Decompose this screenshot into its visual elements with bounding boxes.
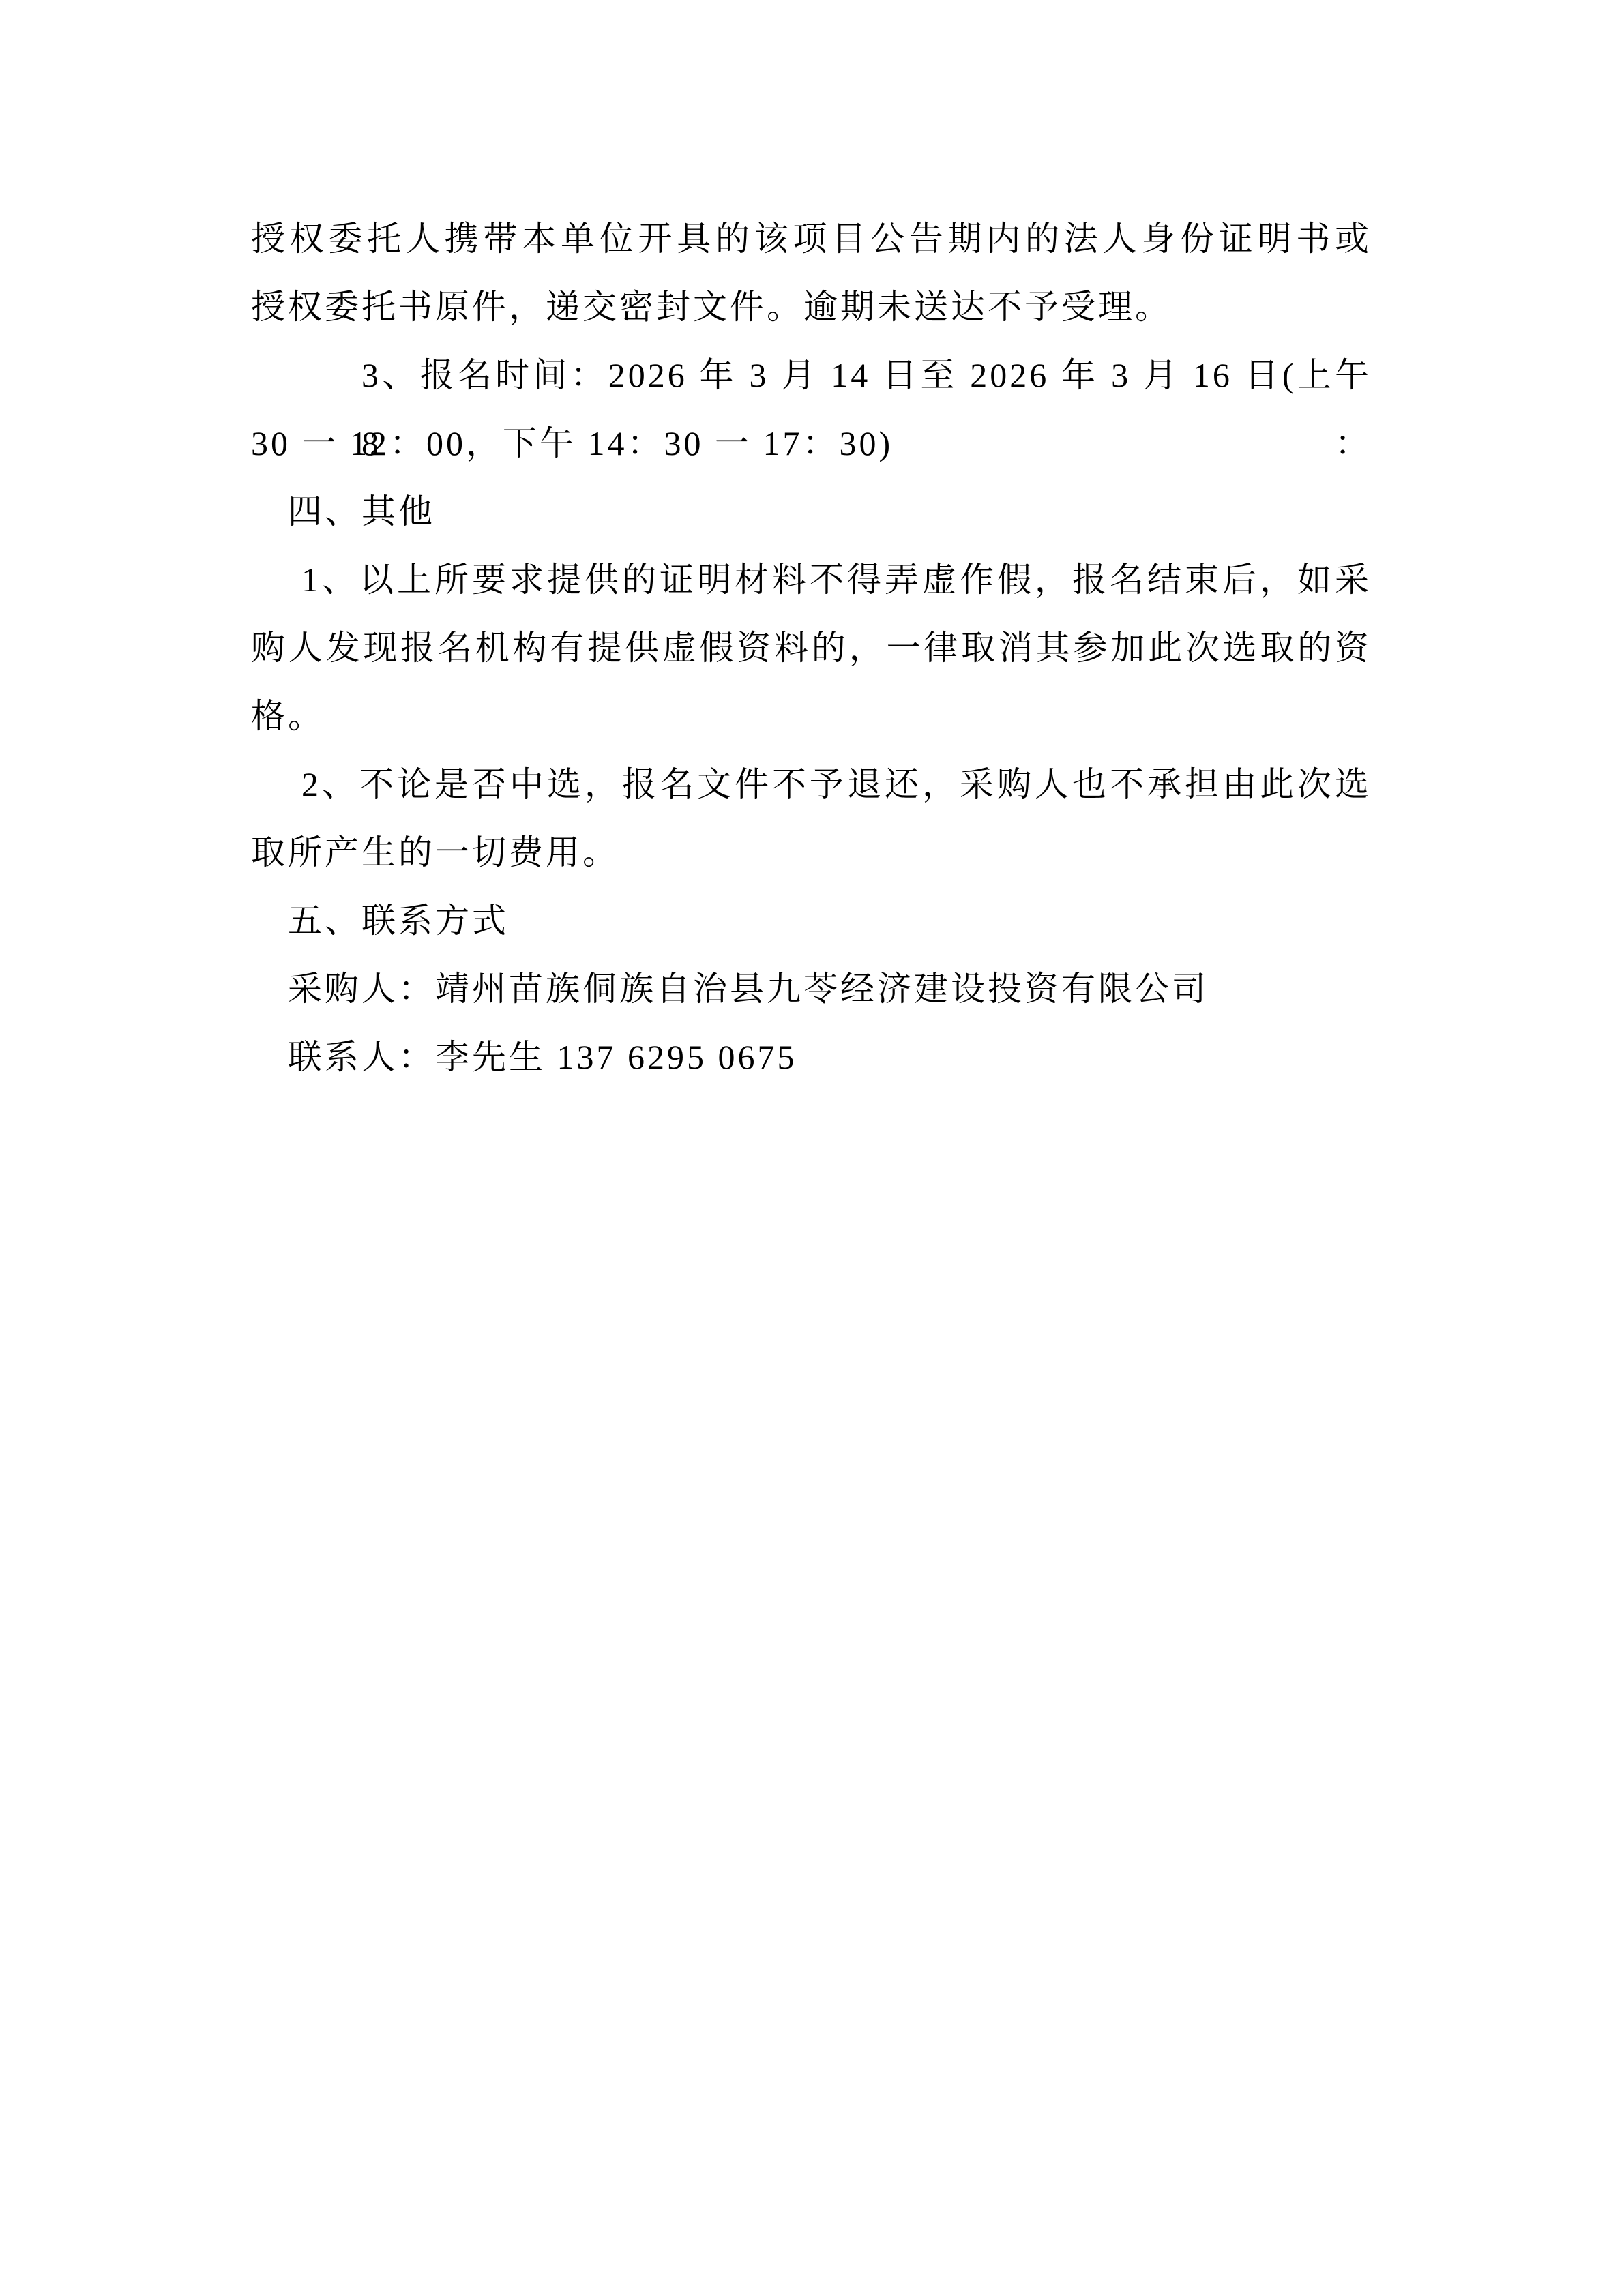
- contact-person-line: 联系人：李先生 137 6295 0675: [251, 1023, 1372, 1091]
- paragraph-line: 授权委托人携带本单位开具的该项目公告期内的法人身份证明书或: [251, 205, 1372, 273]
- section-heading-4: 四、其他: [251, 477, 1372, 546]
- paragraph-line-item-1: 1、以上所要求提供的证明材料不得弄虚作假，报名结束后，如采: [251, 546, 1372, 614]
- purchaser-line: 采购人：靖州苗族侗族自治县九苓经济建设投资有限公司: [251, 955, 1372, 1023]
- paragraph-line: 格。: [251, 682, 1372, 750]
- paragraph-line-item-3: 3、报名时间：2026 年 3 月 14 日至 2026 年 3 月 16 日(…: [251, 341, 1372, 409]
- paragraph-line: 购人发现报名机构有提供虚假资料的，一律取消其参加此次选取的资: [251, 614, 1372, 682]
- section-heading-5: 五、联系方式: [251, 886, 1372, 955]
- paragraph-line-item-2: 2、不论是否中选，报名文件不予退还，采购人也不承担由此次选: [251, 750, 1372, 818]
- paragraph-line: 取所产生的一切费用。: [251, 818, 1372, 886]
- document-body: 授权委托人携带本单位开具的该项目公告期内的法人身份证明书或 授权委托书原件，递交…: [251, 205, 1372, 1091]
- paragraph-line: 授权委托书原件，递交密封文件。逾期未送达不予受理。: [251, 273, 1372, 341]
- document-page: 授权委托人携带本单位开具的该项目公告期内的法人身份证明书或 授权委托书原件，递交…: [0, 0, 1624, 2296]
